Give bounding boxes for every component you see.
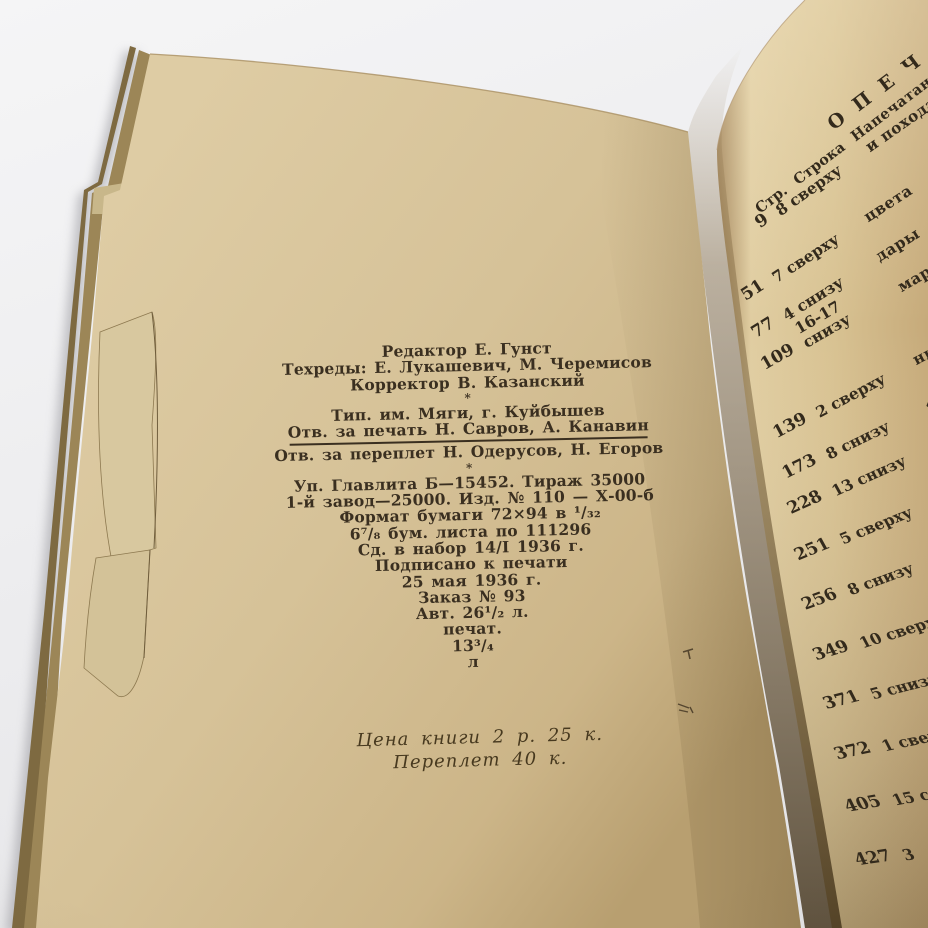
colophon-block: Редактор Е. Гунст Техреды: Е. Лукашевич,… xyxy=(249,337,692,674)
price-block: Цена книги 2 р. 25 к. Переплет 40 к. xyxy=(299,721,660,776)
book-photo: Редактор Е. Гунст Техреды: Е. Лукашевич,… xyxy=(0,0,928,928)
torn-flap-upper xyxy=(99,312,157,562)
